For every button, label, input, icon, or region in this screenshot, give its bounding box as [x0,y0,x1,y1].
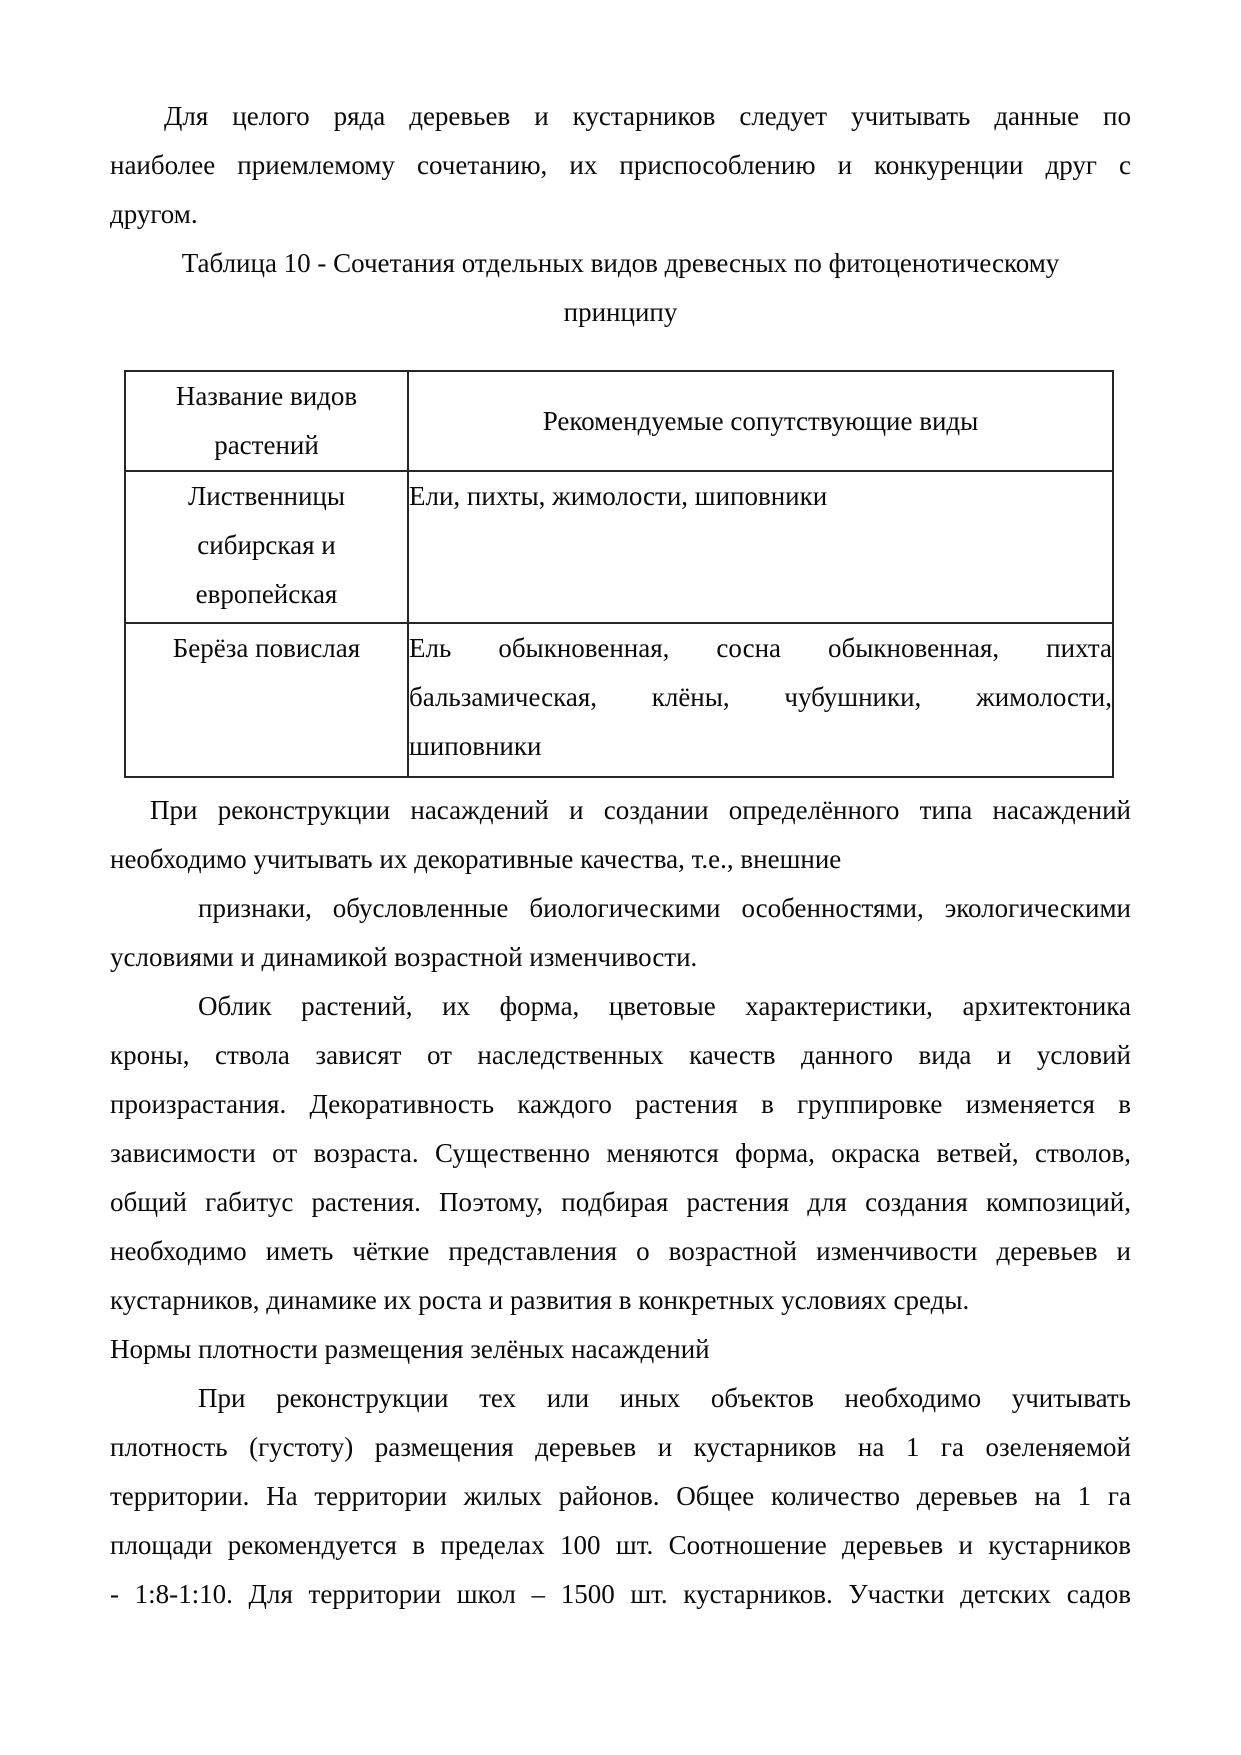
cell-recommended-birch: Ель обыкновенная, сосна обыкновенная, пи… [408,623,1113,777]
species-combinations-table: Название видоврастений Рекомендуемые соп… [124,370,1114,778]
text-line: плотность (густоту) размещения деревьев … [110,1423,1131,1472]
document-page: Для целого ряда деревьев и кустарников с… [0,0,1241,1755]
table-header-row: Название видоврастений Рекомендуемые соп… [125,371,1113,471]
text-line: Берёза повислая [126,624,407,673]
cell-species-name-larch: Лиственницысибирская иевропейская [125,471,408,623]
text-line: Нормы плотности размещения зелёных насаж… [110,1325,1131,1374]
text-line: произрастания. Декоративность каждого ра… [110,1080,1131,1129]
header-cell-species-name: Название видоврастений [125,371,408,471]
page-content: Для целого ряда деревьев и кустарников с… [110,92,1131,1619]
body-paragraph-appearance: Облик растений, их форма, цветовые харак… [110,982,1131,1325]
header-recommended-label: Рекомендуемые сопутствующие виды [543,406,979,436]
text-line: Облик растений, их форма, цветовые харак… [110,982,1131,1031]
text-line: бальзамическая, клёны, чубушники, жимоло… [409,673,1112,722]
cell-recommended-larch: Ели, пихты, жимолости, шиповники [408,471,1113,623]
text-line: При реконструкции тех или иных объектов … [110,1374,1131,1423]
text-line: другом. [110,190,1131,239]
text-line: сибирская и [126,521,407,570]
table-row-birch: Берёза повислая Ель обыкновенная, сосна … [125,623,1113,777]
text-line: Ель обыкновенная, сосна обыкновенная, пи… [409,624,1112,673]
text-line: территории. На территории жилых районов.… [110,1472,1131,1521]
table-caption: Таблица 10 - Сочетания отдельных видов д… [110,239,1131,337]
text-line: площади рекомендуется в пределах 100 шт.… [110,1521,1131,1570]
text-line: растений [126,421,407,470]
text-line: Лиственницы [126,472,407,521]
text-line: признаки, обусловленные биологическими о… [110,884,1131,933]
body-paragraph-density-norms: При реконструкции тех или иных объектов … [110,1374,1131,1619]
body-paragraph-traits: признаки, обусловленные биологическими о… [110,884,1131,982]
text-line: кроны, ствола зависят от наследственных … [110,1031,1131,1080]
text-line: необходимо иметь чёткие представления о … [110,1227,1131,1276]
text-line: зависимости от возраста. Существенно мен… [110,1129,1131,1178]
text-line: Таблица 10 - Сочетания отдельных видов д… [110,239,1131,288]
body-paragraph-density-heading: Нормы плотности размещения зелёных насаж… [110,1325,1131,1374]
text-line: наиболее приемлемому сочетанию, их присп… [110,141,1131,190]
text-line: общий габитус растения. Поэтому, подбира… [110,1178,1131,1227]
intro-paragraph: Для целого ряда деревьев и кустарников с… [110,92,1131,239]
text-line: Название видов [126,372,407,421]
text-line: шиповники [409,722,1112,771]
body-paragraph-reconstruction: При реконструкции насаждений и создании … [110,786,1131,884]
cell-species-name-birch: Берёза повислая [125,623,408,777]
text-line: - 1:8-1:10. Для территории школ – 1500 ш… [110,1570,1131,1619]
text-line: европейская [126,570,407,619]
text-line: Ели, пихты, жимолости, шиповники [409,472,1112,521]
text-line: кустарников, динамике их роста и развити… [110,1276,1131,1325]
text-line: условиями и динамикой возрастной изменчи… [110,933,1131,982]
text-line: необходимо учитывать их декоративные кач… [110,835,1131,884]
text-line: Для целого ряда деревьев и кустарников с… [110,92,1131,141]
table-row-larch: Лиственницысибирская иевропейская Ели, п… [125,471,1113,623]
header-cell-recommended-species: Рекомендуемые сопутствующие виды [408,371,1113,471]
text-line: принципу [110,288,1131,337]
text-line: При реконструкции насаждений и создании … [110,786,1131,835]
